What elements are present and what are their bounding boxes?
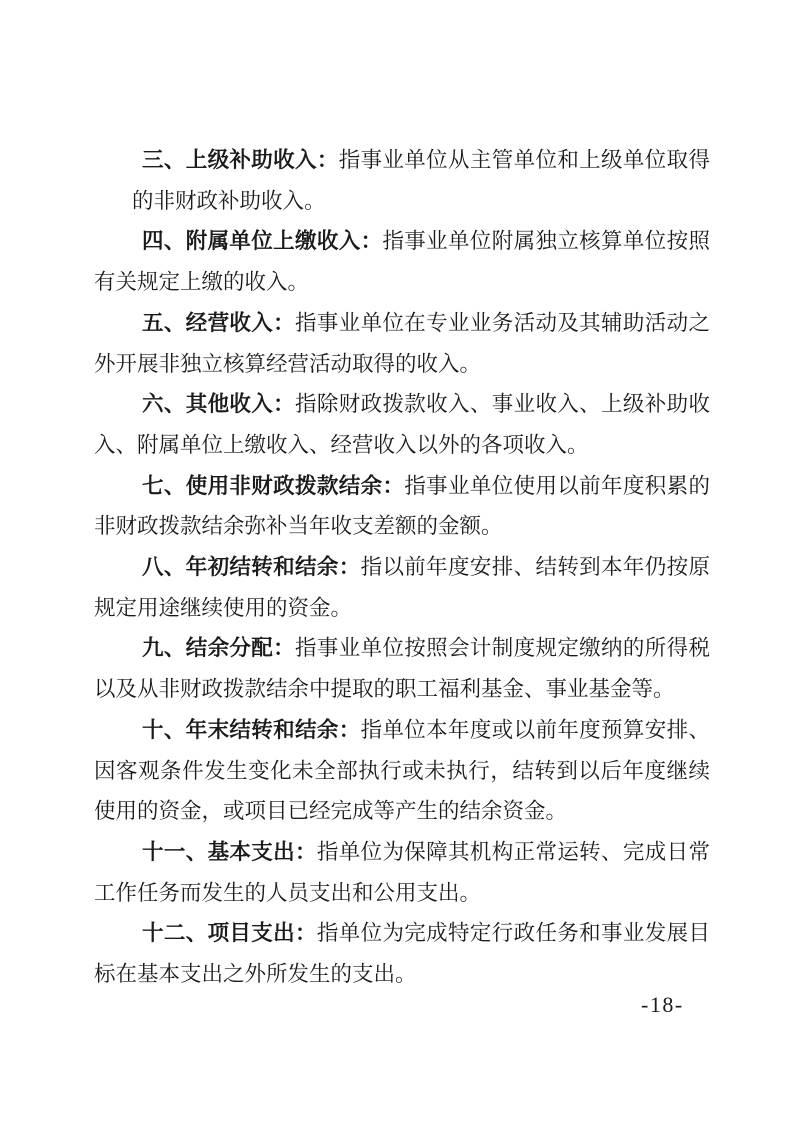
definition-text: 指单位为完成特定行政任务和事业发展目 bbox=[317, 921, 710, 945]
text-line: 八、年初结转和结余：指以前年度安排、结转到本年仍按原 bbox=[94, 547, 710, 588]
definition-text: 指单位为保障其机构正常运转、完成日常 bbox=[317, 840, 710, 864]
text-line: 入、附属单位上缴收入、经营收入以外的各项收入。 bbox=[94, 425, 710, 466]
text-line: 六、其他收入：指除财政拨款收入、事业收入、上级补助收 bbox=[94, 384, 710, 425]
paragraph-definition: 十一、基本支出：指单位为保障其机构正常运转、完成日常 工作任务而发生的人员支出和… bbox=[94, 832, 710, 913]
text-line: 九、结余分配：指事业单位按照会计制度规定缴纳的所得税 bbox=[94, 628, 710, 669]
term-label: 五、经营收入： bbox=[142, 311, 295, 335]
definition-text: 指事业单位附属独立核算单位按照 bbox=[382, 229, 710, 253]
document-page: 三、上级补助收入：指事业单位从主管单位和上级单位取得 的非财政补助收入。 四、附… bbox=[0, 0, 793, 1122]
text-line: 十、年末结转和结余：指单位本年度或以前年度预算安排、 bbox=[94, 710, 710, 751]
text-line: 的非财政补助收入。 bbox=[94, 181, 710, 222]
text-line: 有关规定上缴的收入。 bbox=[94, 262, 710, 303]
text-line: 十二、项目支出：指单位为完成特定行政任务和事业发展目 bbox=[94, 913, 710, 954]
page-number: -18- bbox=[641, 992, 684, 1018]
term-label: 七、使用非财政拨款结余： bbox=[142, 474, 404, 498]
term-label: 十、年末结转和结余： bbox=[142, 718, 361, 742]
term-label: 六、其他收入： bbox=[142, 392, 295, 416]
text-line: 四、附属单位上缴收入：指事业单位附属独立核算单位按照 bbox=[94, 221, 710, 262]
document-body: 三、上级补助收入：指事业单位从主管单位和上级单位取得 的非财政补助收入。 四、附… bbox=[94, 140, 710, 995]
text-line: 标在基本支出之外所发生的支出。 bbox=[94, 954, 710, 995]
text-line: 规定用途继续使用的资金。 bbox=[94, 588, 710, 629]
text-line: 使用的资金，或项目已经完成等产生的结余资金。 bbox=[94, 791, 710, 832]
paragraph-definition: 十二、项目支出：指单位为完成特定行政任务和事业发展目 标在基本支出之外所发生的支… bbox=[94, 913, 710, 994]
definition-text: 指单位本年度或以前年度预算安排、 bbox=[361, 718, 710, 742]
text-line: 外开展非独立核算经营活动取得的收入。 bbox=[94, 344, 710, 385]
term-label: 十二、项目支出： bbox=[142, 921, 317, 945]
paragraph-definition: 三、上级补助收入：指事业单位从主管单位和上级单位取得 的非财政补助收入。 bbox=[94, 140, 710, 221]
paragraph-definition: 四、附属单位上缴收入：指事业单位附属独立核算单位按照 有关规定上缴的收入。 bbox=[94, 221, 710, 302]
paragraph-definition: 九、结余分配：指事业单位按照会计制度规定缴纳的所得税 以及从非财政拨款结余中提取… bbox=[94, 628, 710, 709]
definition-text: 指事业单位使用以前年度积累的 bbox=[404, 474, 710, 498]
definition-text: 指事业单位按照会计制度规定缴纳的所得税 bbox=[295, 636, 710, 660]
text-line: 工作任务而发生的人员支出和公用支出。 bbox=[94, 873, 710, 914]
term-label: 十一、基本支出： bbox=[142, 840, 317, 864]
paragraph-definition: 五、经营收入：指事业单位在专业业务活动及其辅助活动之 外开展非独立核算经营活动取… bbox=[94, 303, 710, 384]
term-label: 四、附属单位上缴收入： bbox=[142, 229, 382, 253]
paragraph-definition: 六、其他收入：指除财政拨款收入、事业收入、上级补助收 入、附属单位上缴收入、经营… bbox=[94, 384, 710, 465]
definition-text: 指除财政拨款收入、事业收入、上级补助收 bbox=[295, 392, 710, 416]
text-line: 以及从非财政拨款结余中提取的职工福利基金、事业基金等。 bbox=[94, 669, 710, 710]
definition-text: 指以前年度安排、结转到本年仍按原 bbox=[361, 555, 710, 579]
definition-text: 指事业单位在专业业务活动及其辅助活动之 bbox=[295, 311, 710, 335]
term-label: 三、上级补助收入： bbox=[142, 148, 339, 172]
text-line: 非财政拨款结余弥补当年收支差额的金额。 bbox=[94, 506, 710, 547]
text-line: 十一、基本支出：指单位为保障其机构正常运转、完成日常 bbox=[94, 832, 710, 873]
paragraph-definition: 七、使用非财政拨款结余：指事业单位使用以前年度积累的 非财政拨款结余弥补当年收支… bbox=[94, 466, 710, 547]
term-label: 九、结余分配： bbox=[142, 636, 295, 660]
text-line: 因客观条件发生变化未全部执行或未执行，结转到以后年度继续 bbox=[94, 751, 710, 792]
definition-text: 指事业单位从主管单位和上级单位取得 bbox=[339, 148, 710, 172]
term-label: 八、年初结转和结余： bbox=[142, 555, 361, 579]
paragraph-definition: 八、年初结转和结余：指以前年度安排、结转到本年仍按原 规定用途继续使用的资金。 bbox=[94, 547, 710, 628]
text-line: 三、上级补助收入：指事业单位从主管单位和上级单位取得 bbox=[94, 140, 710, 181]
paragraph-definition: 十、年末结转和结余：指单位本年度或以前年度预算安排、 因客观条件发生变化未全部执… bbox=[94, 710, 710, 832]
text-line: 五、经营收入：指事业单位在专业业务活动及其辅助活动之 bbox=[94, 303, 710, 344]
text-line: 七、使用非财政拨款结余：指事业单位使用以前年度积累的 bbox=[94, 466, 710, 507]
